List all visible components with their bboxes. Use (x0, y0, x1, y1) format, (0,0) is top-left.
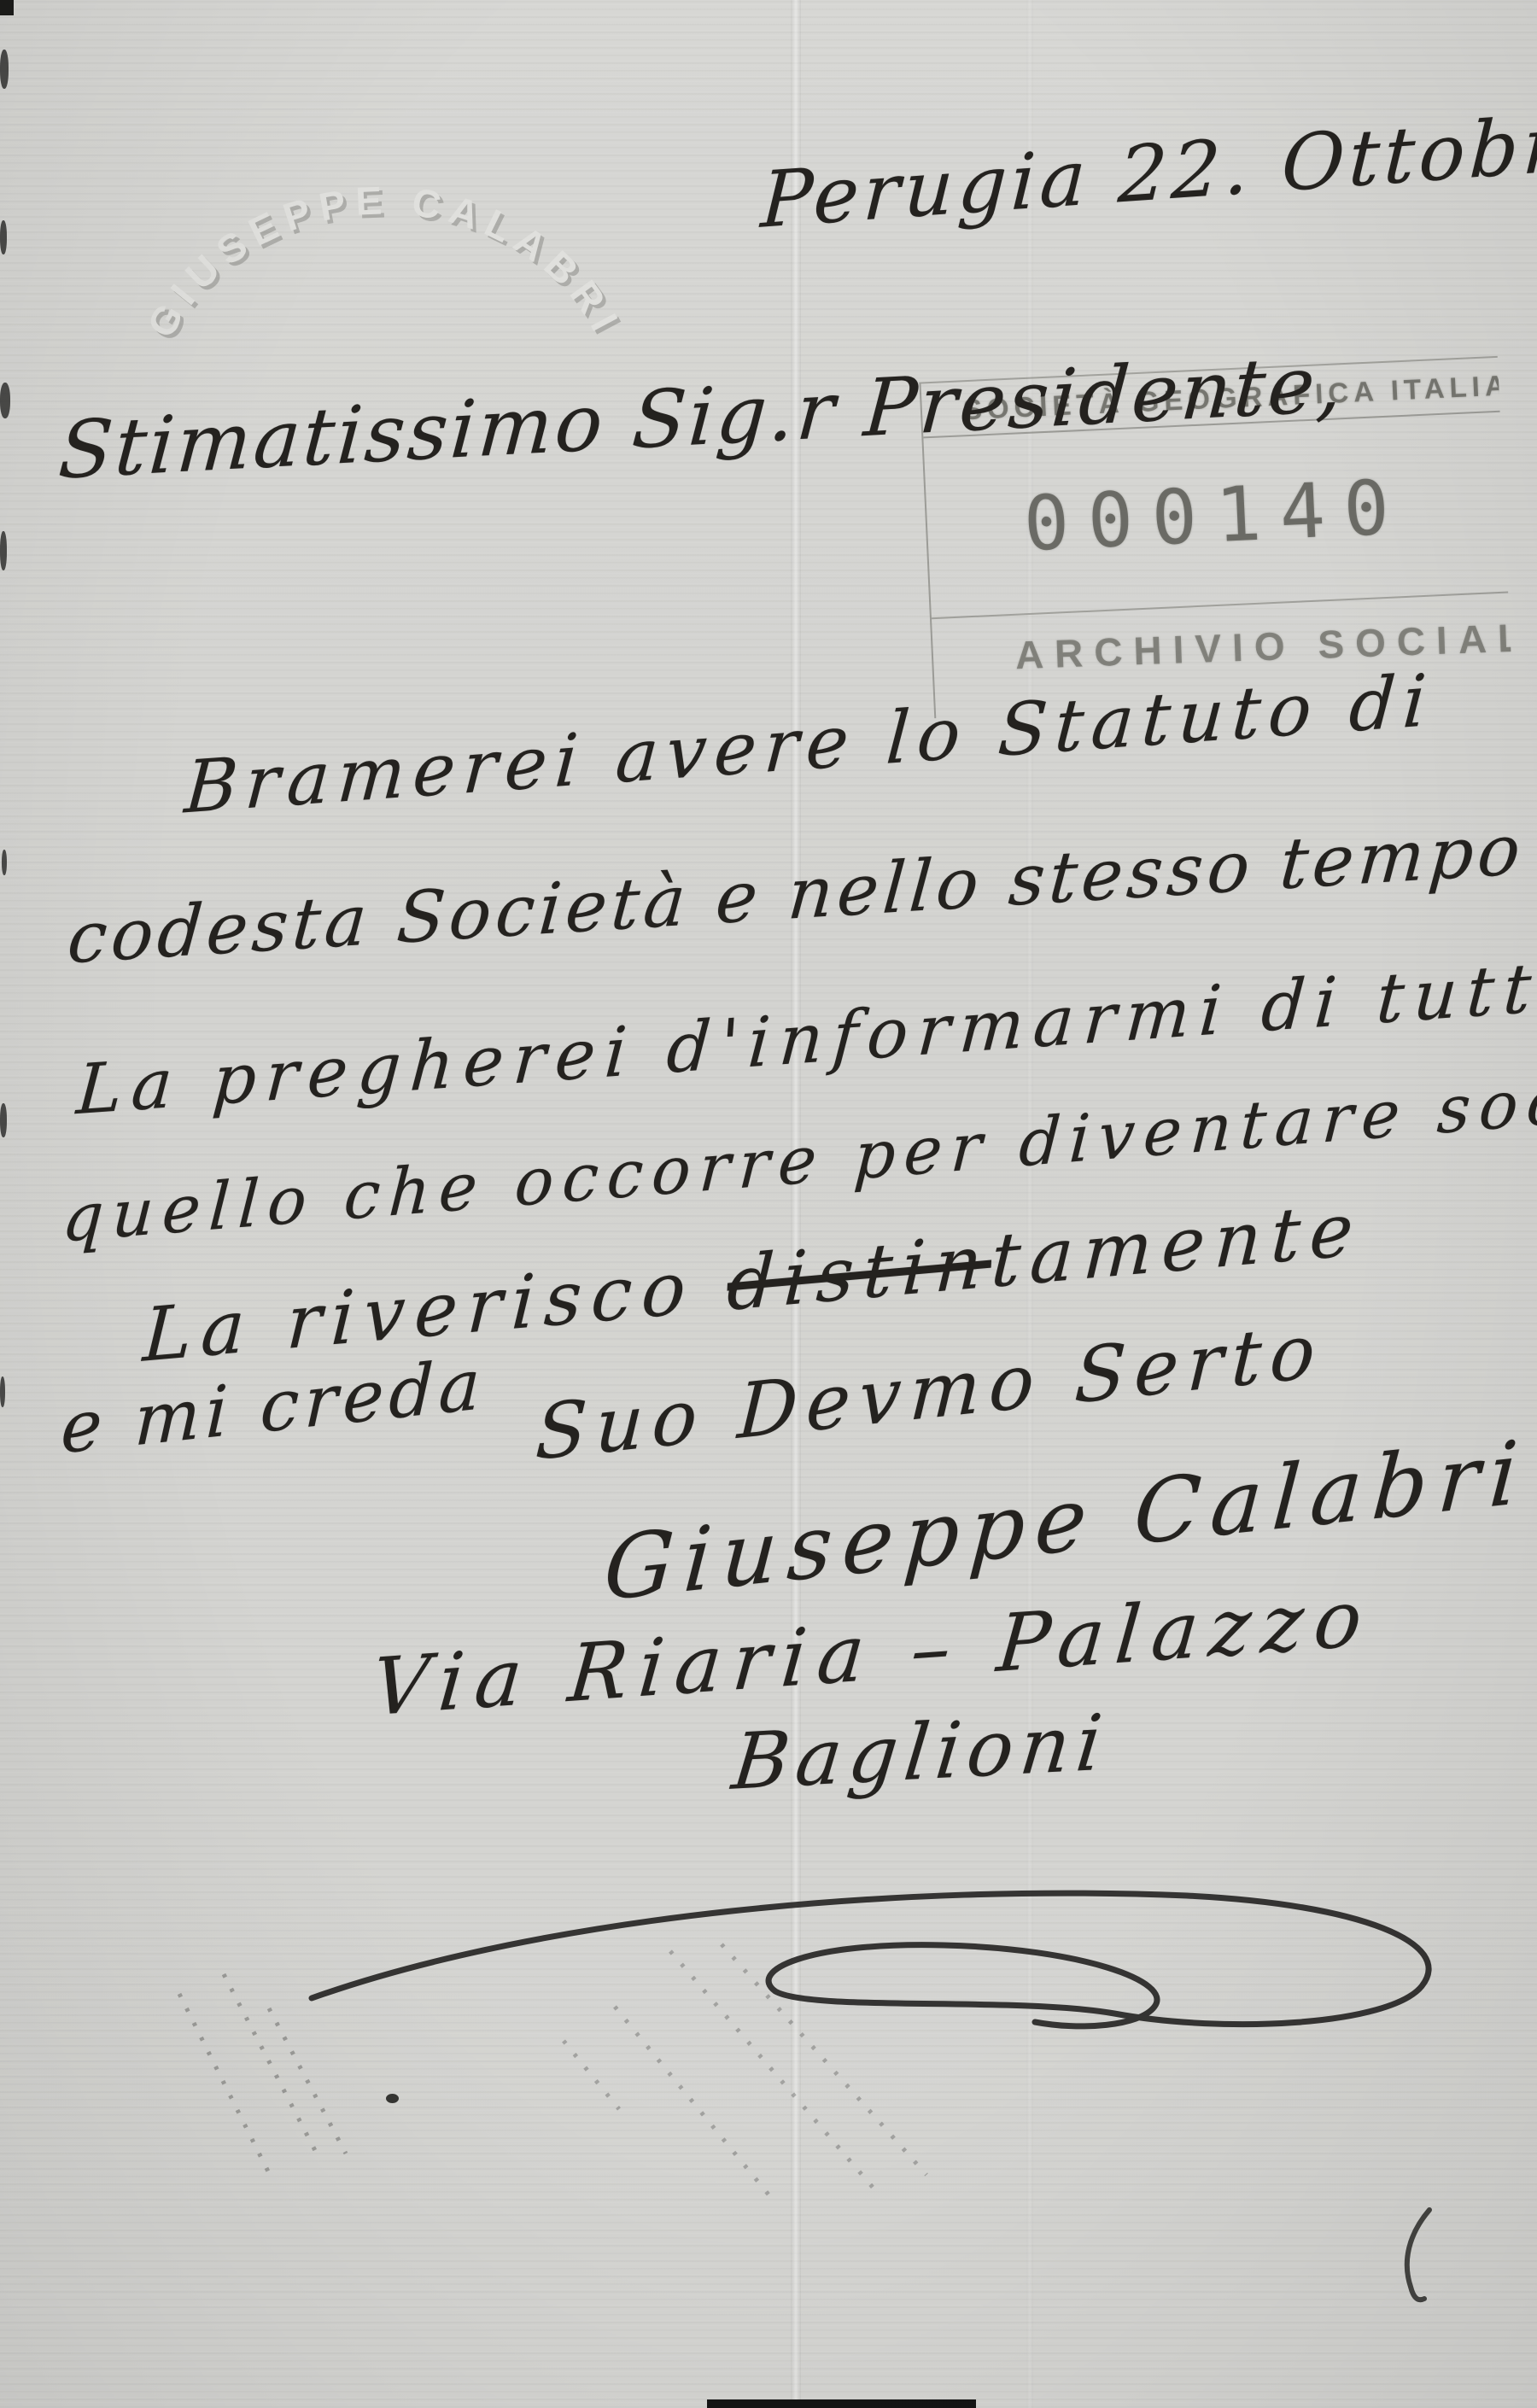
ink-dot-artifact (386, 2094, 399, 2103)
address-line-2: Baglioni (728, 1698, 1113, 1808)
stamp-protocol-number: 000140 (1022, 462, 1410, 567)
dateline-handwriting: Perugia 22. Ottobre 187 (759, 83, 1537, 246)
bottom-scan-bar (707, 2399, 976, 2408)
scan-edge-artifact (0, 383, 10, 418)
strikethrough-word: distin (725, 1219, 993, 1328)
pencil-hatch-mark (145, 1955, 418, 2203)
scan-edge-artifact (2, 850, 7, 875)
pencil-hatch-mark (512, 1934, 965, 2224)
closing-suffix: tamente (989, 1186, 1365, 1305)
scan-edge-artifact (0, 531, 7, 570)
scan-edge-artifact (0, 0, 14, 15)
embossed-name-arc: GIUSEPPE CALABRI (138, 178, 631, 345)
scan-edge-artifact (0, 1103, 7, 1137)
ink-mark (1385, 2203, 1445, 2314)
letter-scan-page: GIUSEPPE CALABRI GIUSEPPE CALABRI SOCIET… (0, 0, 1537, 2408)
scan-edge-artifact (0, 220, 7, 254)
scan-edge-artifact (0, 1376, 5, 1407)
body-line: codesta Società e nello stesso tempo (65, 809, 1528, 980)
scan-edge-artifact (0, 50, 9, 89)
svg-text:GIUSEPPE CALABRI: GIUSEPPE CALABRI (138, 178, 631, 345)
body-line: Bramerei avere lo Statuto di (182, 658, 1436, 830)
